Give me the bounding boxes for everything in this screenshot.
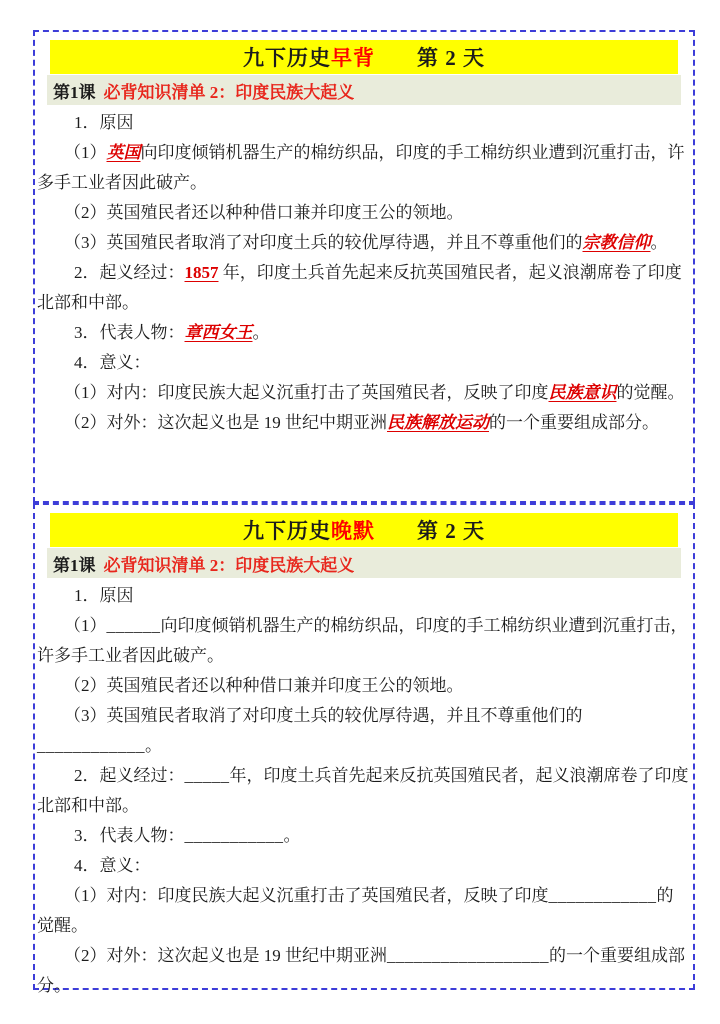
section-content: 1．原因（1）______向印度倾销机器生产的棉纺织品，印度的手工棉纺织业遭到沉… bbox=[35, 578, 693, 1001]
text-line: （3）英国殖民者取消了对印度土兵的较优厚待遇，并且不尊重他们的_________… bbox=[37, 701, 690, 761]
banner-course-label: 九下历史 bbox=[243, 42, 331, 72]
fill-in-blank: ____________ bbox=[549, 886, 657, 905]
text-run: 2．起义经过： bbox=[74, 766, 185, 785]
text-line: 2．起义经过：_____年，印度土兵首先起来反抗英国殖民者，起义浪潮席卷了印度北… bbox=[37, 761, 690, 821]
lesson-title: 必背知识清单 2：印度民族大起义 bbox=[104, 551, 355, 576]
keyword-highlight: 英国 bbox=[107, 143, 141, 162]
keyword-highlight: 宗教信仰 bbox=[583, 233, 651, 252]
banner-day-label: 第 2 天 bbox=[417, 515, 485, 545]
text-run: （1） bbox=[64, 616, 107, 635]
section-content: 1．原因（1）英国向印度倾销机器生产的棉纺织品，印度的手工棉纺织业遭到沉重打击，… bbox=[35, 105, 693, 438]
worksheet-morning-recite: 九下历史早背第 2 天 第1课 必背知识清单 2：印度民族大起义 1．原因（1）… bbox=[33, 30, 695, 503]
text-line: （2）英国殖民者还以种种借口兼并印度王公的领地。 bbox=[37, 671, 690, 701]
keyword-highlight: 1857 bbox=[185, 263, 219, 282]
text-run: （2）对外：这次起义也是 19 世纪中期亚洲 bbox=[64, 413, 387, 432]
text-run: （2）对外：这次起义也是 19 世纪中期亚洲 bbox=[64, 946, 387, 965]
text-line: （1）对内：印度民族大起义沉重打击了英国殖民者，反映了印度___________… bbox=[37, 881, 690, 941]
text-run: 4．意义： bbox=[74, 353, 151, 372]
lesson-header-bar: 第1课 必背知识清单 2：印度民族大起义 bbox=[47, 75, 681, 105]
keyword-highlight: 民族意识 bbox=[549, 383, 617, 402]
lesson-number: 第1课 bbox=[53, 551, 96, 576]
text-line: 3．代表人物：章西女王。 bbox=[37, 318, 690, 348]
text-run: （2）英国殖民者还以种种借口兼并印度王公的领地。 bbox=[64, 676, 464, 695]
fill-in-blank: _____ bbox=[185, 766, 230, 785]
text-run: 3．代表人物： bbox=[74, 826, 185, 845]
lesson-title: 必背知识清单 2：印度民族大起义 bbox=[104, 78, 355, 103]
text-run: 。 bbox=[253, 323, 270, 342]
text-run: 。 bbox=[651, 233, 668, 252]
text-line: （1）对内：印度民族大起义沉重打击了英国殖民者，反映了印度民族意识的觉醒。 bbox=[37, 378, 690, 408]
keyword-highlight: 民族解放运动 bbox=[387, 413, 489, 432]
text-run: 的觉醒。 bbox=[617, 383, 685, 402]
banner-course-label: 九下历史 bbox=[243, 515, 331, 545]
text-line: （1）英国向印度倾销机器生产的棉纺织品，印度的手工棉纺织业遭到沉重打击，许多手工… bbox=[37, 138, 690, 198]
keyword-highlight: 章西女王 bbox=[185, 323, 253, 342]
text-run: （3）英国殖民者取消了对印度土兵的较优厚待遇，并且不尊重他们的 bbox=[64, 233, 583, 252]
text-run: （3）英国殖民者取消了对印度土兵的较优厚待遇，并且不尊重他们的 bbox=[64, 706, 583, 725]
text-run: 1．原因 bbox=[74, 586, 134, 605]
text-line: （2）对外：这次起义也是 19 世纪中期亚洲民族解放运动的一个重要组成部分。 bbox=[37, 408, 690, 438]
text-run: 1．原因 bbox=[74, 113, 134, 132]
worksheet-evening-dictation: 九下历史晚默第 2 天 第1课 必背知识清单 2：印度民族大起义 1．原因（1）… bbox=[33, 503, 695, 990]
fill-in-blank: ___________ bbox=[185, 826, 284, 845]
text-run: 2．起义经过： bbox=[74, 263, 185, 282]
fill-in-blank: ______ bbox=[107, 616, 161, 635]
text-line: 4．意义： bbox=[37, 348, 690, 378]
banner-day-label: 第 2 天 bbox=[417, 42, 485, 72]
text-run: （1） bbox=[64, 143, 107, 162]
fill-in-blank: __________________ bbox=[387, 946, 549, 965]
text-run: 的一个重要组成部分。 bbox=[489, 413, 659, 432]
banner-session-highlight: 晚默 bbox=[331, 515, 375, 545]
banner-title: 九下历史晚默第 2 天 bbox=[50, 513, 678, 547]
text-line: （2）对外：这次起义也是 19 世纪中期亚洲__________________… bbox=[37, 941, 690, 1001]
banner-session-highlight: 早背 bbox=[331, 42, 375, 72]
text-run: （2）英国殖民者还以种种借口兼并印度王公的领地。 bbox=[64, 203, 464, 222]
text-run: （1）对内：印度民族大起义沉重打击了英国殖民者，反映了印度 bbox=[64, 383, 549, 402]
text-line: 2．起义经过：1857 年，印度土兵首先起来反抗英国殖民者，起义浪潮席卷了印度北… bbox=[37, 258, 690, 318]
text-line: 4．意义： bbox=[37, 851, 690, 881]
text-line: （3）英国殖民者取消了对印度土兵的较优厚待遇，并且不尊重他们的宗教信仰。 bbox=[37, 228, 690, 258]
lesson-number: 第1课 bbox=[53, 78, 96, 103]
text-run: （1）对内：印度民族大起义沉重打击了英国殖民者，反映了印度 bbox=[64, 886, 549, 905]
text-line: （2）英国殖民者还以种种借口兼并印度王公的领地。 bbox=[37, 198, 690, 228]
text-run: 。 bbox=[145, 736, 162, 755]
fill-in-blank: ____________ bbox=[37, 736, 145, 755]
text-run: 。 bbox=[284, 826, 301, 845]
text-line: （1）______向印度倾销机器生产的棉纺织品，印度的手工棉纺织业遭到沉重打击，… bbox=[37, 611, 690, 671]
text-line: 3．代表人物：___________。 bbox=[37, 821, 690, 851]
text-run: 4．意义： bbox=[74, 856, 151, 875]
text-run: 3．代表人物： bbox=[74, 323, 185, 342]
banner-title: 九下历史早背第 2 天 bbox=[50, 40, 678, 74]
text-line: 1．原因 bbox=[37, 108, 690, 138]
lesson-header-bar: 第1课 必背知识清单 2：印度民族大起义 bbox=[47, 548, 681, 578]
text-line: 1．原因 bbox=[37, 581, 690, 611]
